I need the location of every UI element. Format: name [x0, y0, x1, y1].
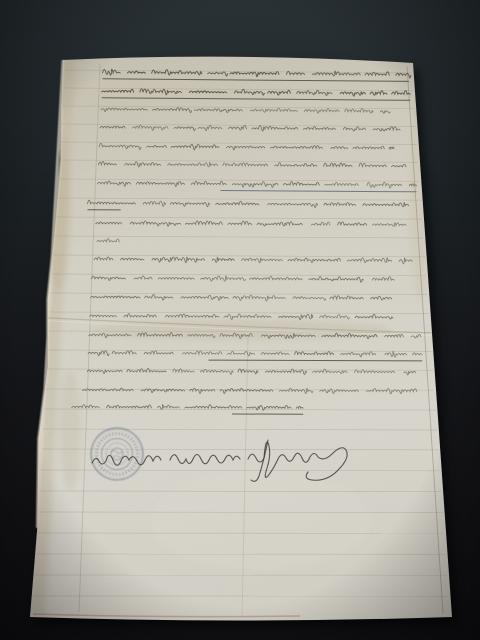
- photo-canvas: [0, 0, 480, 640]
- photo-vignette: [0, 0, 480, 640]
- document-photo: Photograph of an aged lined paper docume…: [0, 0, 480, 640]
